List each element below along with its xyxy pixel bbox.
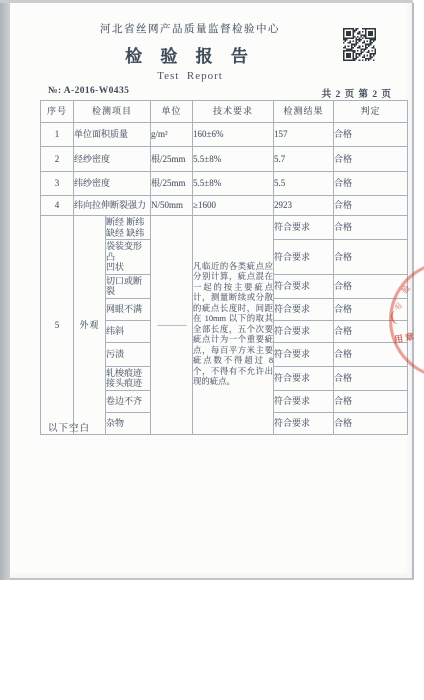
test-results-table: 序号 检测项目 单位 技术要求 检测结果 判定 1 单位面积质量 g/m² 16…: [40, 100, 408, 435]
col-header-requirement: 技术要求: [193, 101, 274, 123]
col-header-result: 检测结果: [274, 101, 334, 123]
report-number: №: A-2016-W0435: [48, 86, 129, 96]
table-header-row: 序号 检测项目 单位 技术要求 检测结果 判定: [41, 101, 408, 123]
table-row: 2 经纱密度 根/25mm 5.5±8% 5.7 合格: [41, 147, 408, 172]
appearance-sub-row: 5 外观 断经 断纬 缺经 缺纬 ———— 凡临近的各类疵点应分别计算，疵点混在…: [41, 216, 408, 240]
table-row: 1 单位面积质量 g/m² 160±6% 157 合格: [41, 123, 408, 147]
row5-unit-dash: ————: [151, 216, 193, 435]
table-row: 4 纬向拉伸断裂强力 N/50mm ≥1600 2923 合格: [41, 196, 408, 216]
col-header-item: 检测项目: [74, 101, 151, 123]
row5-requirement-paragraph: 凡临近的各类疵点应分别计算，疵点混在一起的按主要疵点计，测量断续或分散的疵点长度…: [193, 216, 274, 435]
qr-code-icon: [343, 28, 376, 61]
below-blank-note: 以下空白: [48, 420, 90, 434]
report-title: 检 验 报 告: [0, 42, 380, 67]
page-indicator: 共 2 页 第 2 页: [300, 86, 392, 100]
col-header-unit: 单位: [151, 101, 193, 123]
row5-item-appearance: 外观: [74, 216, 106, 435]
col-header-no: 序号: [41, 101, 74, 123]
report-subtitle-en: Test Report: [0, 70, 380, 82]
org-name: 河北省丝网产品质量监督检验中心: [0, 21, 380, 36]
row5-no: 5: [41, 216, 74, 435]
col-header-verdict: 判定: [334, 101, 408, 123]
table-row: 3 纬纱密度 根/25mm 5.5±8% 5.5 合格: [41, 172, 408, 196]
scanned-test-report: 河北省丝网产品质量监督检验中心 检 验 报 告 Test Report №: A…: [0, 0, 424, 700]
